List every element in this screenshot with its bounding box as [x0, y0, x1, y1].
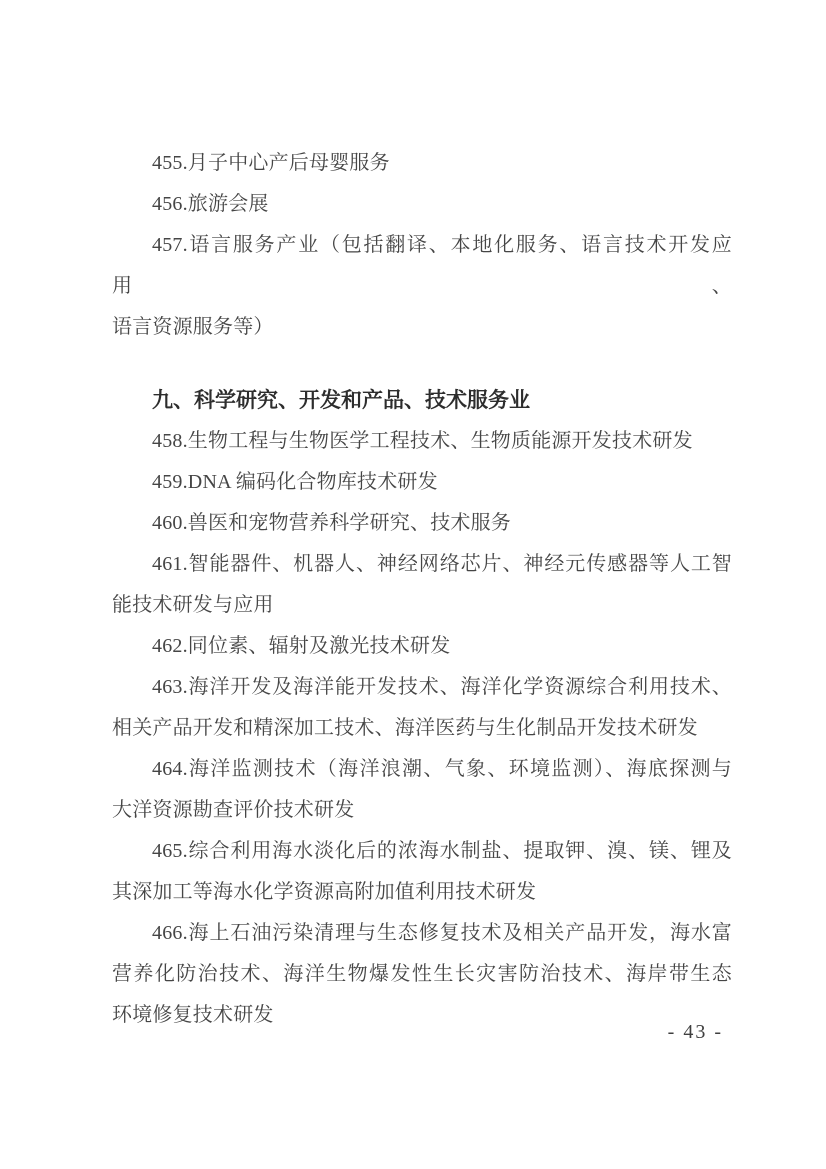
- list-item-line: 458.生物工程与生物医学工程技术、生物质能源开发技术研发: [112, 421, 732, 462]
- list-item-459: 459.DNA 编码化合物库技术研发: [112, 462, 732, 503]
- list-item-458: 458.生物工程与生物医学工程技术、生物质能源开发技术研发: [112, 421, 732, 462]
- document-body: 455.月子中心产后母婴服务 456.旅游会展 457.语言服务产业（包括翻译、…: [112, 143, 732, 1036]
- document-page: 455.月子中心产后母婴服务 456.旅游会展 457.语言服务产业（包括翻译、…: [0, 0, 826, 1169]
- list-item-line: 457.语言服务产业（包括翻译、本地化服务、语言技术开发应用、: [112, 225, 732, 307]
- list-item-line: 环境修复技术研发: [112, 995, 732, 1036]
- list-item-line: 466.海上石油污染清理与生态修复技术及相关产品开发，海水富: [112, 913, 732, 954]
- list-item-466: 466.海上石油污染清理与生态修复技术及相关产品开发，海水富 营养化防治技术、海…: [112, 913, 732, 1036]
- list-item-line: 能技术研发与应用: [112, 585, 732, 626]
- list-item-line: 营养化防治技术、海洋生物爆发性生长灾害防治技术、海岸带生态: [112, 954, 732, 995]
- list-item-456: 456.旅游会展: [112, 184, 732, 225]
- list-item-462: 462.同位素、辐射及激光技术研发: [112, 626, 732, 667]
- list-item-461: 461.智能器件、机器人、神经网络芯片、神经元传感器等人工智 能技术研发与应用: [112, 544, 732, 626]
- list-item-line: 455.月子中心产后母婴服务: [112, 143, 732, 184]
- list-item-line: 大洋资源勘查评价技术研发: [112, 790, 732, 831]
- list-item-line: 460.兽医和宠物营养科学研究、技术服务: [112, 503, 732, 544]
- list-item-line: 462.同位素、辐射及激光技术研发: [112, 626, 732, 667]
- page-number: - 43 -: [668, 1020, 723, 1044]
- list-item-line: 语言资源服务等）: [112, 307, 732, 348]
- list-item-460: 460.兽医和宠物营养科学研究、技术服务: [112, 503, 732, 544]
- list-item-457: 457.语言服务产业（包括翻译、本地化服务、语言技术开发应用、 语言资源服务等）: [112, 225, 732, 348]
- list-item-line: 456.旅游会展: [112, 184, 732, 225]
- list-item-463: 463.海洋开发及海洋能开发技术、海洋化学资源综合利用技术、 相关产品开发和精深…: [112, 667, 732, 749]
- list-item-line: 相关产品开发和精深加工技术、海洋医药与生化制品开发技术研发: [112, 708, 732, 749]
- list-item-line: 461.智能器件、机器人、神经网络芯片、神经元传感器等人工智: [112, 544, 732, 585]
- list-item-464: 464.海洋监测技术（海洋浪潮、气象、环境监测）、海底探测与 大洋资源勘查评价技…: [112, 749, 732, 831]
- list-item-line: 463.海洋开发及海洋能开发技术、海洋化学资源综合利用技术、: [112, 667, 732, 708]
- list-item-455: 455.月子中心产后母婴服务: [112, 143, 732, 184]
- list-item-465: 465.综合利用海水淡化后的浓海水制盐、提取钾、溴、镁、锂及 其深加工等海水化学…: [112, 831, 732, 913]
- list-item-line: 459.DNA 编码化合物库技术研发: [112, 462, 732, 503]
- section-heading: 九、科学研究、开发和产品、技术服务业: [112, 380, 732, 421]
- list-item-line: 465.综合利用海水淡化后的浓海水制盐、提取钾、溴、镁、锂及: [112, 831, 732, 872]
- list-item-line: 464.海洋监测技术（海洋浪潮、气象、环境监测）、海底探测与: [112, 749, 732, 790]
- list-item-line: 其深加工等海水化学资源高附加值利用技术研发: [112, 872, 732, 913]
